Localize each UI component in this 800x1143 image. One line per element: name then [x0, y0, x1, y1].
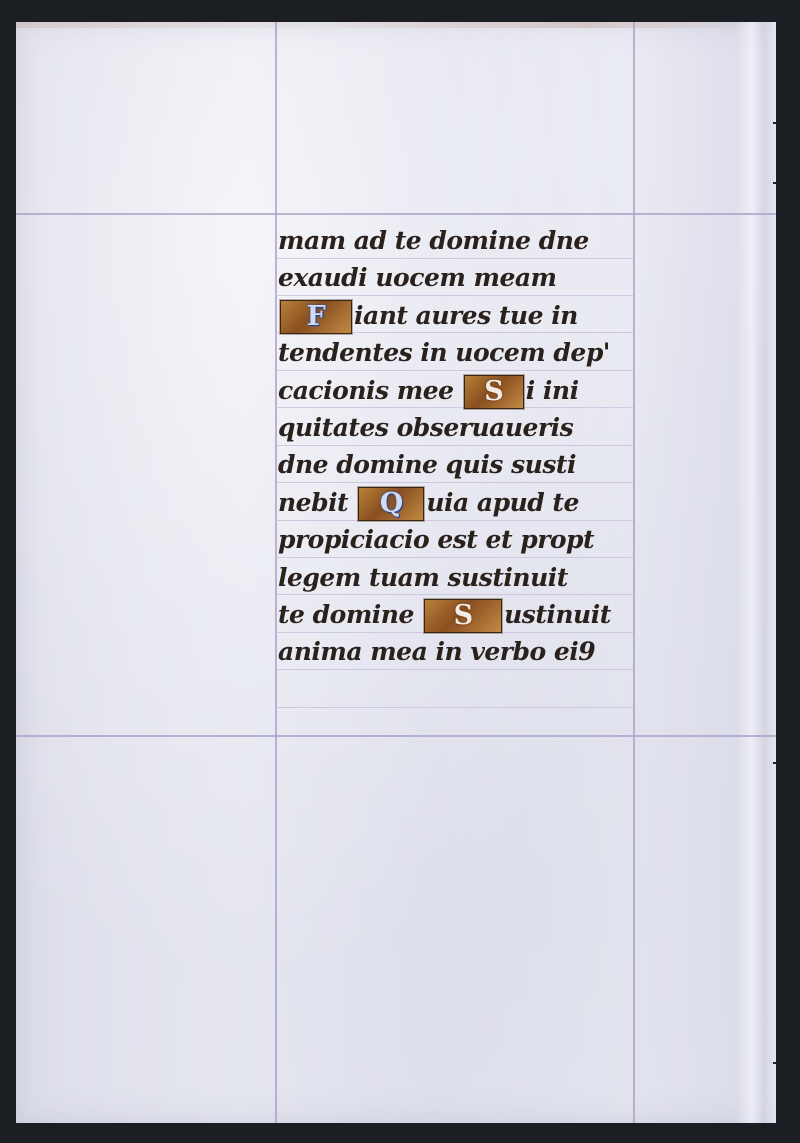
line-text: legem tuam sustinuit — [278, 563, 568, 592]
ruling-bottom — [16, 735, 776, 737]
line-text: tendentes in uocem dep' — [278, 338, 610, 367]
line-text: propiciacio est et propt — [278, 525, 594, 554]
text-line-12: anima mea in verbo ei9 — [278, 633, 668, 670]
line-text: quitates obseruaueris — [278, 413, 573, 442]
edge-notch — [773, 182, 779, 184]
text-line-11: te domine Sustinuit — [278, 596, 668, 633]
line-text: anima mea in verbo ei9 — [278, 637, 595, 666]
text-line-6: quitates obseruaueris — [278, 409, 668, 446]
text-line-3: Fiant aures tue in — [278, 297, 668, 334]
illuminated-initial-s: S — [464, 375, 524, 409]
line-text: exaudi uocem meam — [278, 263, 557, 292]
line-text: nebit — [278, 488, 356, 517]
ruling-left — [275, 22, 277, 1123]
line-text: ustinuit — [504, 600, 611, 629]
text-block: mam ad te domine dne exaudi uocem meam F… — [278, 222, 668, 671]
edge-notch — [773, 1062, 779, 1064]
line-text: dne domine quis susti — [278, 450, 576, 479]
ruling-top — [16, 213, 776, 215]
text-line-2: exaudi uocem meam — [278, 259, 668, 296]
illuminated-initial-s: S — [424, 599, 502, 633]
line-text: i ini — [526, 376, 579, 405]
text-line-9: propiciacio est et propt — [278, 521, 668, 558]
line-text: mam ad te domine dne — [278, 226, 589, 255]
page-fold-edge — [736, 22, 776, 1123]
line-text: cacionis mee — [278, 376, 462, 405]
text-line-4: tendentes in uocem dep' — [278, 334, 668, 371]
text-line-5: cacionis mee Si ini — [278, 372, 668, 409]
illuminated-initial-f: F — [280, 300, 352, 334]
line-text: iant aures tue in — [354, 301, 578, 330]
text-line-10: legem tuam sustinuit — [278, 559, 668, 596]
line-text: uia apud te — [426, 488, 579, 517]
text-line-1: mam ad te domine dne — [278, 222, 668, 259]
illuminated-initial-q: Q — [358, 487, 424, 521]
text-ruling — [275, 707, 633, 708]
line-text: te domine — [278, 600, 422, 629]
text-line-8: nebit Quia apud te — [278, 484, 668, 521]
edge-notch — [773, 762, 779, 764]
text-line-7: dne domine quis susti — [278, 446, 668, 483]
edge-notch — [773, 122, 779, 124]
